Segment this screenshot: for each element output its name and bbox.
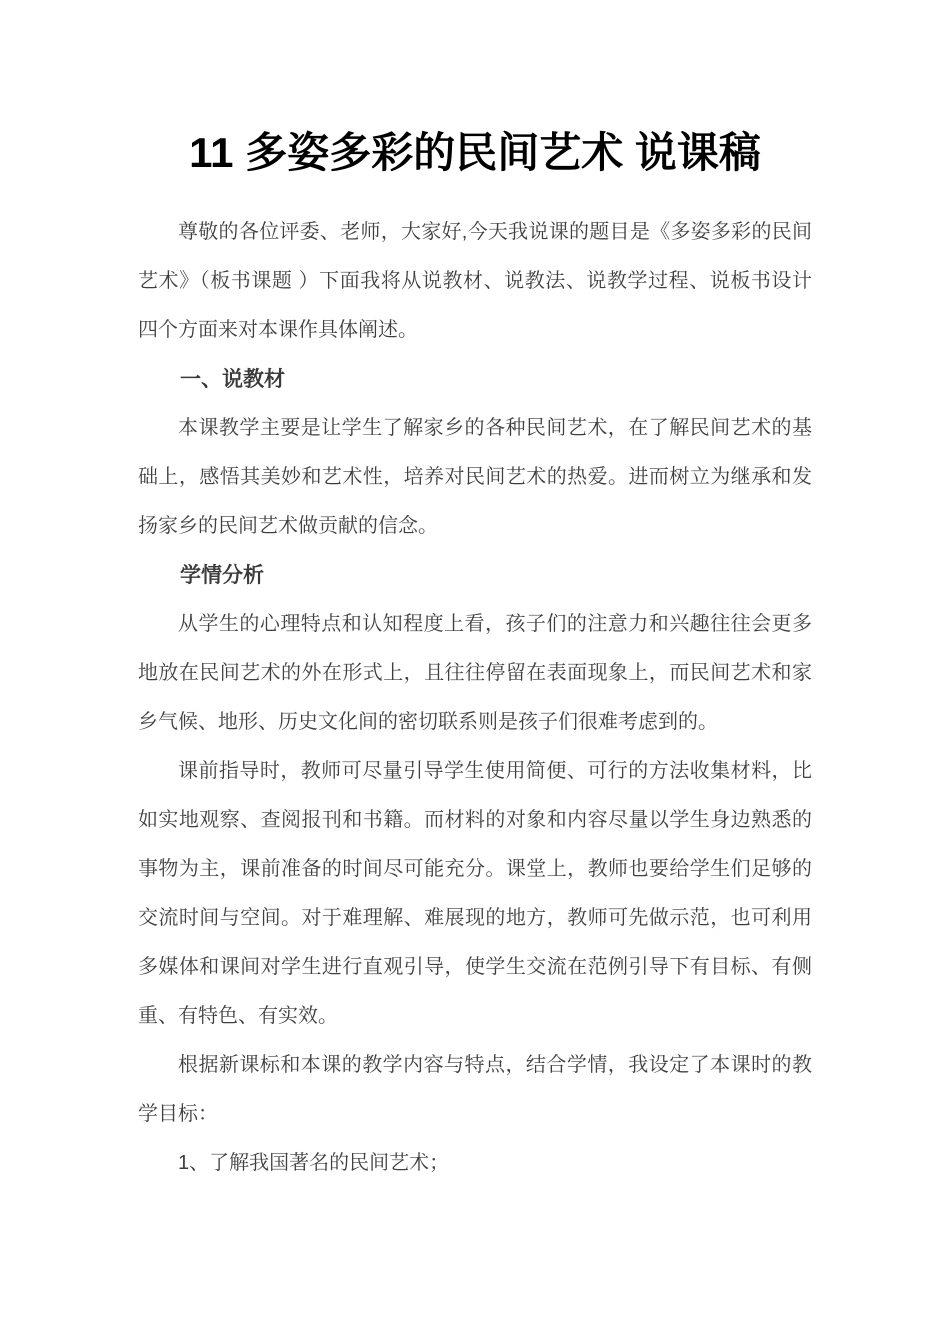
paragraph-learner-analysis: 从学生的心理特点和认知程度上看，孩子们的注意力和兴趣往往会更多地放在民间艺术的外…	[138, 600, 812, 747]
document-title: 11 多姿多彩的民间艺术 说课稿	[138, 122, 812, 184]
paragraph-pre-class-guidance: 课前指导时，教师可尽量引导学生使用简便、可行的方法收集材料，比如实地观察、查阅报…	[138, 747, 812, 1041]
heading-xueqing-fenxi: 学情分析	[138, 551, 812, 600]
document-page: 11 多姿多彩的民间艺术 说课稿 尊敬的各位评委、老师，大家好,今天我说课的题目…	[138, 122, 812, 1188]
heading-shuo-jiaocai: 一、说教材	[138, 355, 812, 404]
paragraph-teaching-goals-intro: 根据新课标和本课的教学内容与特点，结合学情，我设定了本课时的教学目标：	[138, 1041, 812, 1139]
paragraph-intro-greeting: 尊敬的各位评委、老师，大家好,今天我说课的题目是《多姿多彩的民间艺术》（板书课题…	[138, 208, 812, 355]
paragraph-teaching-material: 本课教学主要是让学生了解家乡的各种民间艺术，在了解民间艺术的基础上，感悟其美妙和…	[138, 404, 812, 551]
list-item-goal-1: 1、了解我国著名的民间艺术；	[138, 1139, 812, 1188]
